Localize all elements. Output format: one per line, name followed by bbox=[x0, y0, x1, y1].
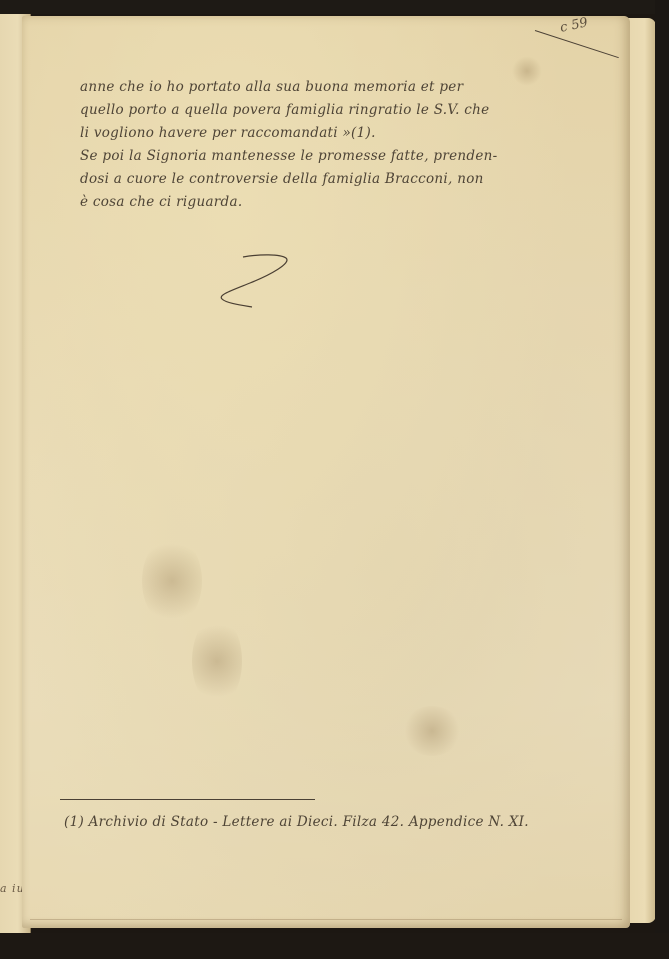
paper-stain bbox=[402, 706, 462, 756]
scan-background-top bbox=[0, 0, 669, 14]
facing-page-text-fragment: a iu bbox=[0, 882, 25, 895]
footnote: (1) Archivio di Stato - Lettere ai Dieci… bbox=[64, 814, 529, 830]
paper-stain bbox=[192, 616, 242, 706]
text-line: li vogliono havere per raccomandati »(1)… bbox=[80, 122, 560, 145]
paper-stain bbox=[142, 536, 202, 626]
document-scan: a iu c 59 anne che io ho portato alla su… bbox=[0, 0, 669, 959]
text-line: dosi a cuore le controversie della famig… bbox=[80, 168, 560, 191]
scan-background-right bbox=[655, 0, 669, 959]
text-line: anne che io ho portato alla sua buona me… bbox=[80, 76, 560, 99]
page-bottom-edge bbox=[30, 919, 622, 920]
end-of-text-flourish bbox=[200, 245, 320, 315]
text-line: Se poi la Signoria mantenesse le promess… bbox=[80, 145, 560, 168]
footnote-separator bbox=[60, 799, 315, 800]
text-line: quello porto a quella povera famiglia ri… bbox=[80, 99, 560, 122]
scan-background-bottom bbox=[0, 933, 669, 959]
manuscript-body: anne che io ho portato alla sua buona me… bbox=[80, 76, 560, 214]
text-line: è cosa che ci riguarda. bbox=[80, 191, 560, 214]
